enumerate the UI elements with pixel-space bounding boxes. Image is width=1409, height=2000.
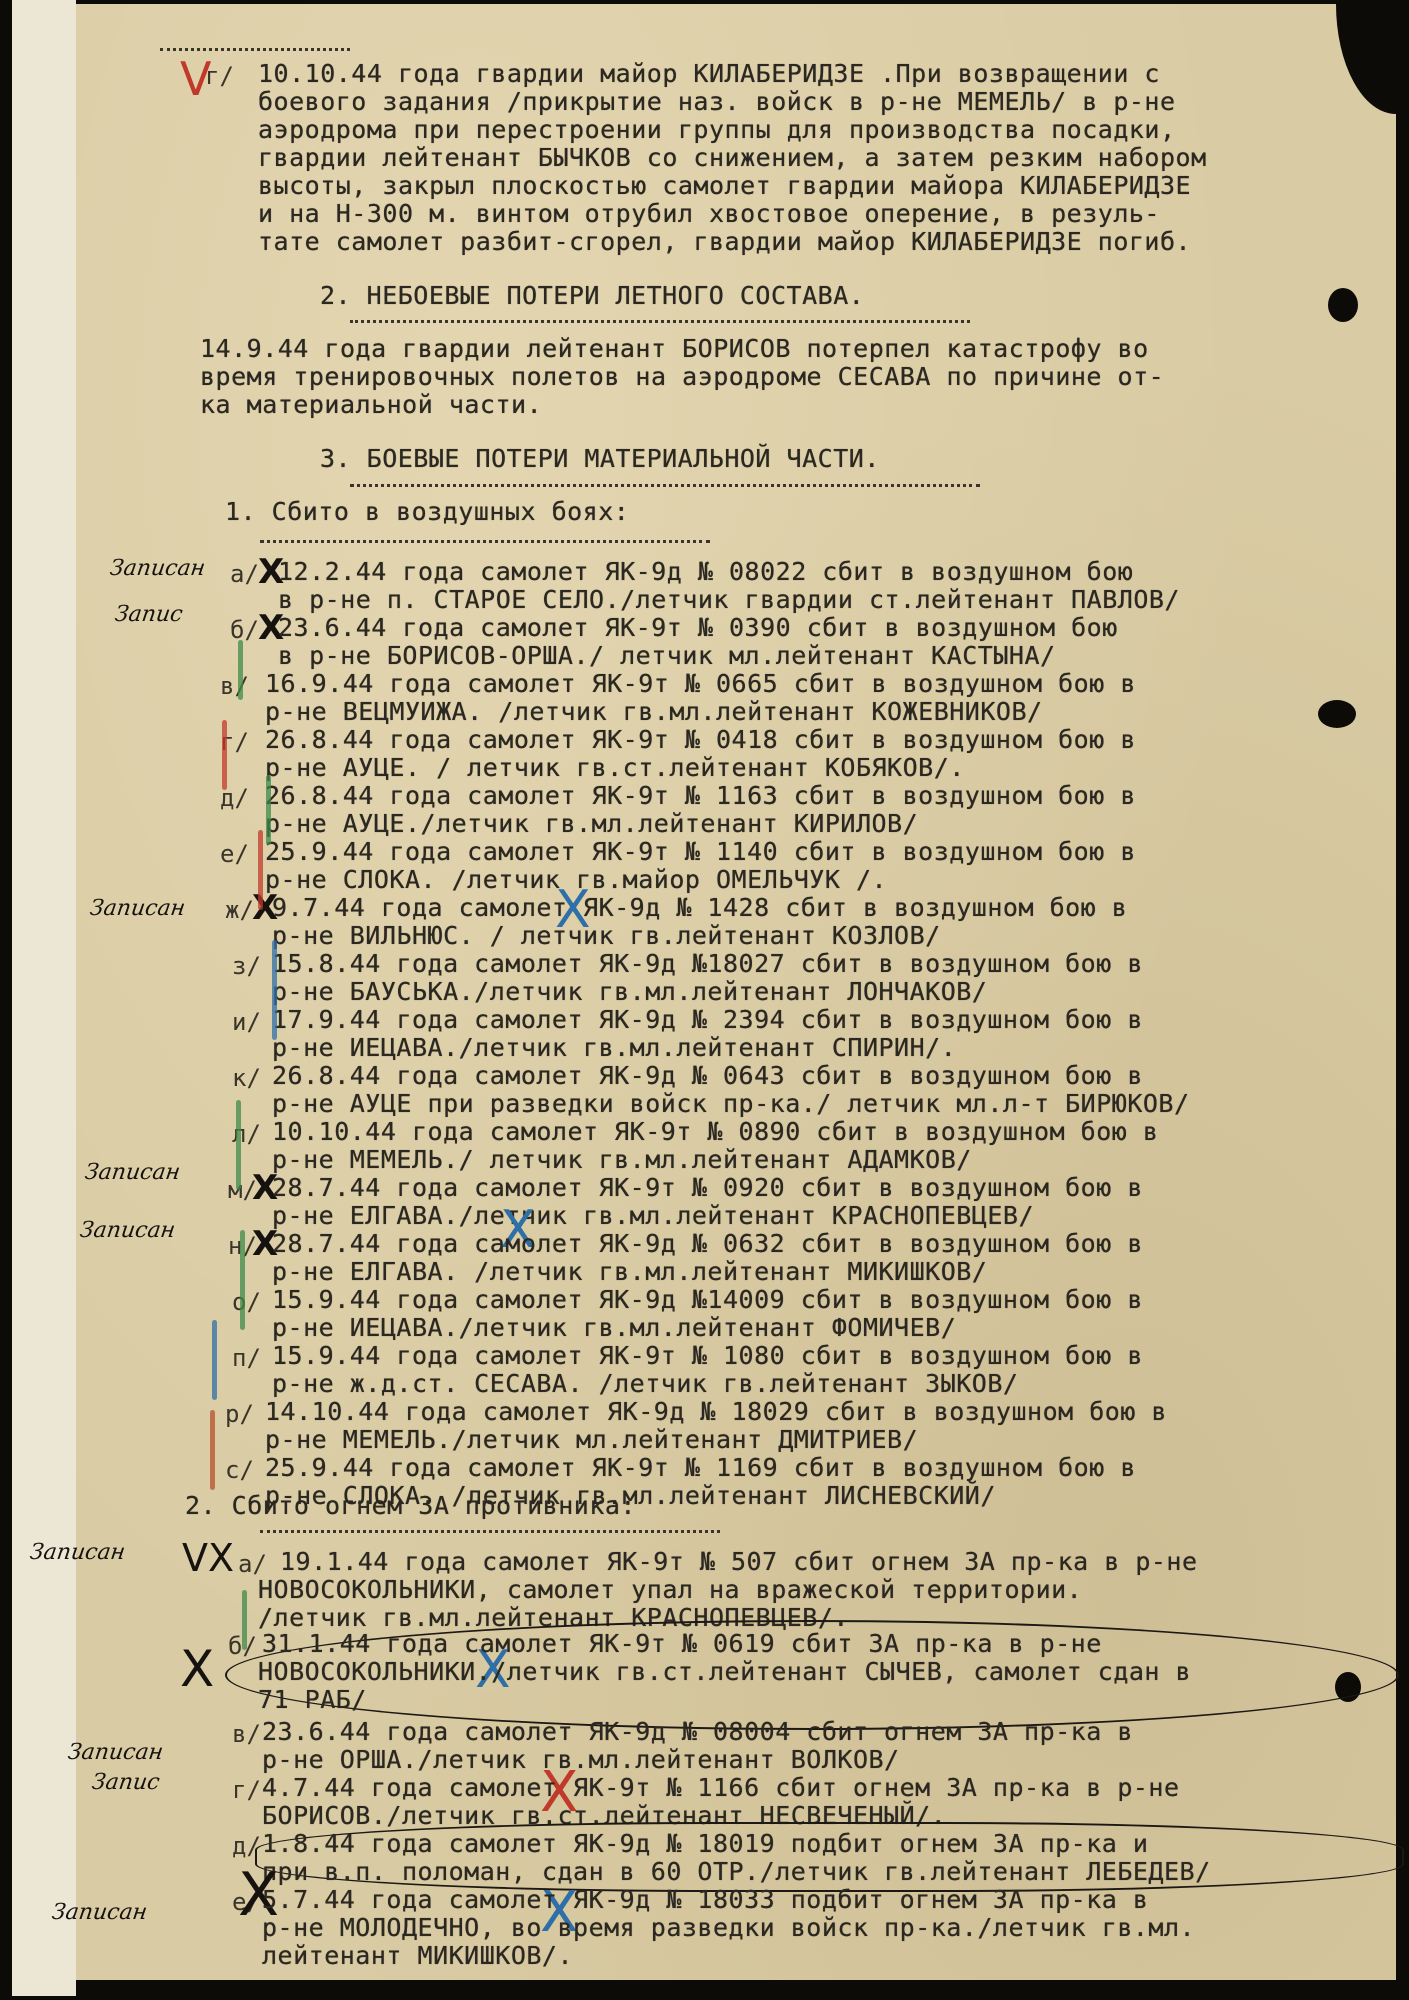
item-label: в/ xyxy=(232,1720,261,1748)
item-label: з/ xyxy=(232,952,261,980)
text-line: 15.9.44 года самолет ЯК-9т № 1080 сбит в… xyxy=(272,1342,1143,1370)
text-line: р-не ВЕЦМУИЖА. /летчик гв.мл.лейтенант К… xyxy=(265,698,1043,726)
item-label: к/ xyxy=(232,1064,261,1092)
text-line: р-не МЕМЕЛЬ./летчик мл.лейтенант ДМИТРИЕ… xyxy=(265,1426,918,1454)
item-label: в/ xyxy=(220,672,249,700)
item-label: г/ xyxy=(232,1776,261,1804)
text-line: р-не МОЛОДЕЧНО, во время разведки войск … xyxy=(262,1914,1195,1942)
text-line: р-не МЕМЕЛЬ./ летчик гв.мл.лейтенант АДА… xyxy=(272,1146,972,1174)
text-line: 19.1.44 года самолет ЯК-9т № 507 сбит ог… xyxy=(280,1548,1198,1576)
check-x-mark-icon: VX xyxy=(182,1536,234,1580)
text-line: 23.6.44 года самолет ЯК-9д № 08004 сбит … xyxy=(262,1718,1133,1746)
item-label: а/ xyxy=(230,560,259,588)
blue-pencil-mark xyxy=(272,940,277,1040)
divider xyxy=(160,48,350,51)
text-line: НОВОСОКОЛЬНИКИ, самолет упал на вражеско… xyxy=(258,1576,1082,1604)
divider xyxy=(260,540,710,543)
item-label: ж/ xyxy=(225,896,254,924)
text-line: 71 РАБ/ xyxy=(258,1686,367,1714)
x-mark-icon: X xyxy=(180,1640,214,1698)
handwritten-note: Запис xyxy=(113,602,184,627)
text-line: 26.8.44 года самолет ЯК-9д № 0643 сбит в… xyxy=(272,1062,1143,1090)
text-line: время тренировочных полетов на аэродроме… xyxy=(200,363,1164,391)
text-line: 5.7.44 года самолет ЯК-9д № 18033 подбит… xyxy=(262,1886,1148,1914)
text-line: р-не ИЕЦАВА./летчик гв.мл.лейтенант СПИР… xyxy=(272,1034,956,1062)
text-line: 25.9.44 года самолет ЯК-9т № 1169 сбит в… xyxy=(265,1454,1136,1482)
text-line: аэродрома при перестроении группы для пр… xyxy=(258,116,1176,144)
text-line: 4.7.44 года самолет ЯК-9т № 1166 сбит ог… xyxy=(262,1774,1180,1802)
paper-hole xyxy=(1318,700,1356,728)
text-line: 28.7.44 года самолет ЯК-9т № 0920 сбит в… xyxy=(272,1174,1143,1202)
text-line: 23.6.44 года самолет ЯК-9т № 0390 сбит в… xyxy=(278,614,1118,642)
green-pencil-mark xyxy=(240,1230,245,1330)
text-line: 15.9.44 года самолет ЯК-9д №14009 сбит в… xyxy=(272,1286,1143,1314)
section-heading: 3. БОЕВЫЕ ПОТЕРИ МАТЕРИАЛЬНОЙ ЧАСТИ. xyxy=(320,445,880,473)
text-line: р-не ОРША./летчик гв.мл.лейтенант ВОЛКОВ… xyxy=(262,1746,900,1774)
text-line: высоты, закрыл плоскостью самолет гварди… xyxy=(258,172,1191,200)
text-line: р-не ВИЛЬНЮС. / летчик гв.лейтенант КОЗЛ… xyxy=(272,922,941,950)
text-line: боевого задания /прикрытие наз. войск в … xyxy=(258,88,1176,116)
text-line: 25.9.44 года самолет ЯК-9т № 1140 сбит в… xyxy=(265,838,1136,866)
green-pencil-mark xyxy=(236,1100,241,1190)
item-label: с/ xyxy=(225,1456,254,1484)
divider xyxy=(350,320,970,323)
blue-pencil-mark xyxy=(212,1320,217,1400)
text-line: р-не ЕЛГАВА. /летчик гв.мл.лейтенант МИК… xyxy=(272,1258,987,1286)
handwritten-note: Записан xyxy=(50,1900,149,1925)
text-line: 1.8.44 года самолет ЯК-9д № 18019 подбит… xyxy=(262,1830,1148,1858)
text-line: 12.2.44 года самолет ЯК-9д № 08022 сбит … xyxy=(278,558,1133,586)
torn-corner xyxy=(1336,4,1396,114)
text-line: 15.8.44 года самолет ЯК-9д №18027 сбит в… xyxy=(272,950,1143,978)
green-pencil-mark xyxy=(242,1590,247,1650)
paper-hole xyxy=(1328,288,1358,322)
red-pencil-mark xyxy=(210,1410,215,1490)
text-line: 31.1.44 года самолет ЯК-9т № 0619 сбит З… xyxy=(262,1630,1102,1658)
text-line: гвардии лейтенант БЫЧКОВ со снижением, а… xyxy=(258,144,1207,172)
handwritten-note: Записан xyxy=(88,896,187,921)
left-margin-strip xyxy=(12,0,76,1996)
text-line: 28.7.44 года самолет ЯК-9д № 0632 сбит в… xyxy=(272,1230,1143,1258)
divider xyxy=(260,1530,720,1533)
text-line: 26.8.44 года самолет ЯК-9т № 1163 сбит в… xyxy=(265,782,1136,810)
red-pencil-mark xyxy=(258,830,263,910)
divider xyxy=(350,484,980,487)
text-line: 14.10.44 года самолет ЯК-9д № 18029 сбит… xyxy=(265,1398,1167,1426)
handwritten-note: Запис xyxy=(90,1770,161,1795)
item-label: е/ xyxy=(220,840,249,868)
item-label: и/ xyxy=(232,1008,261,1036)
item-label: а/ xyxy=(238,1550,267,1578)
section-heading: 2. НЕБОЕВЫЕ ПОТЕРИ ЛЕТНОГО СОСТАВА. xyxy=(320,282,864,310)
green-pencil-mark xyxy=(266,775,271,845)
text-line: 10.10.44 года самолет ЯК-9т № 0890 сбит … xyxy=(272,1118,1158,1146)
text-line: р-не АУЦЕ при разведки войск пр-ка./ лет… xyxy=(272,1090,1190,1118)
subsection-heading: 2. Сбито огнем ЗА противника: xyxy=(185,1492,636,1520)
item-label: б/ xyxy=(230,616,259,644)
item-label: р/ xyxy=(225,1400,254,1428)
text-line: 10.10.44 года гвардии майор КИЛАБЕРИДЗЕ … xyxy=(258,60,1160,88)
text-line: 14.9.44 года гвардии лейтенант БОРИСОВ п… xyxy=(200,335,1149,363)
text-line: 26.8.44 года самолет ЯК-9т № 0418 сбит в… xyxy=(265,726,1136,754)
text-line: лейтенант МИКИШКОВ/. xyxy=(262,1942,573,1970)
text-line: р-не ИЕЦАВА./летчик гв.мл.лейтенант ФОМИ… xyxy=(272,1314,956,1342)
text-line: в р-не БОРИСОВ-ОРША./ летчик мл.лейтенан… xyxy=(278,642,1056,670)
text-line: тате самолет разбит-сгорел, гвардии майо… xyxy=(258,228,1191,256)
item-label: д/ xyxy=(232,1832,261,1860)
item-label: о/ xyxy=(232,1288,261,1316)
text-line: НОВОСОКОЛЬНИКИ./летчик гв.ст.лейтенант С… xyxy=(258,1658,1191,1686)
text-line: и на Н-300 м. винтом отрубил хвостовое о… xyxy=(258,200,1160,228)
text-line: р-не АУЦЕ. / летчик гв.ст.лейтенант КОБЯ… xyxy=(265,754,965,782)
handwritten-note: Записан xyxy=(66,1740,165,1765)
text-line: р-не БАУСЬКА./летчик гв.мл.лейтенант ЛОН… xyxy=(272,978,987,1006)
handwritten-note: Записан xyxy=(83,1160,182,1185)
text-line: 17.9.44 года самолет ЯК-9д № 2394 сбит в… xyxy=(272,1006,1143,1034)
text-line: р-не ж.д.ст. СЕСАВА. /летчик гв.лейтенан… xyxy=(272,1370,1018,1398)
green-pencil-mark xyxy=(238,640,243,700)
text-line: р-не АУЦЕ./летчик гв.мл.лейтенант КИРИЛО… xyxy=(265,810,918,838)
text-line: р-не ЕЛГАВА./летчик гв.мл.лейтенант КРАС… xyxy=(272,1202,1034,1230)
text-line: 9.7.44 года самолет ЯК-9д № 1428 сбит в … xyxy=(272,894,1127,922)
subsection-heading: 1. Сбито в воздушных боях: xyxy=(225,498,629,526)
item-label: г/ xyxy=(205,62,234,90)
text-line: ка материальной части. xyxy=(200,391,542,419)
red-pencil-mark xyxy=(222,720,227,790)
text-line: в р-не п. СТАРОЕ СЕЛО./летчик гвардии ст… xyxy=(278,586,1180,614)
handwritten-note: Записан xyxy=(108,556,207,581)
handwritten-note: Записан xyxy=(78,1218,177,1243)
text-line: 16.9.44 года самолет ЯК-9т № 0665 сбит в… xyxy=(265,670,1136,698)
item-label: п/ xyxy=(232,1344,261,1372)
text-line: при в.п. поломан, сдан в 60 ОТР./летчик … xyxy=(262,1858,1211,1886)
handwritten-note: Записан xyxy=(28,1540,127,1565)
